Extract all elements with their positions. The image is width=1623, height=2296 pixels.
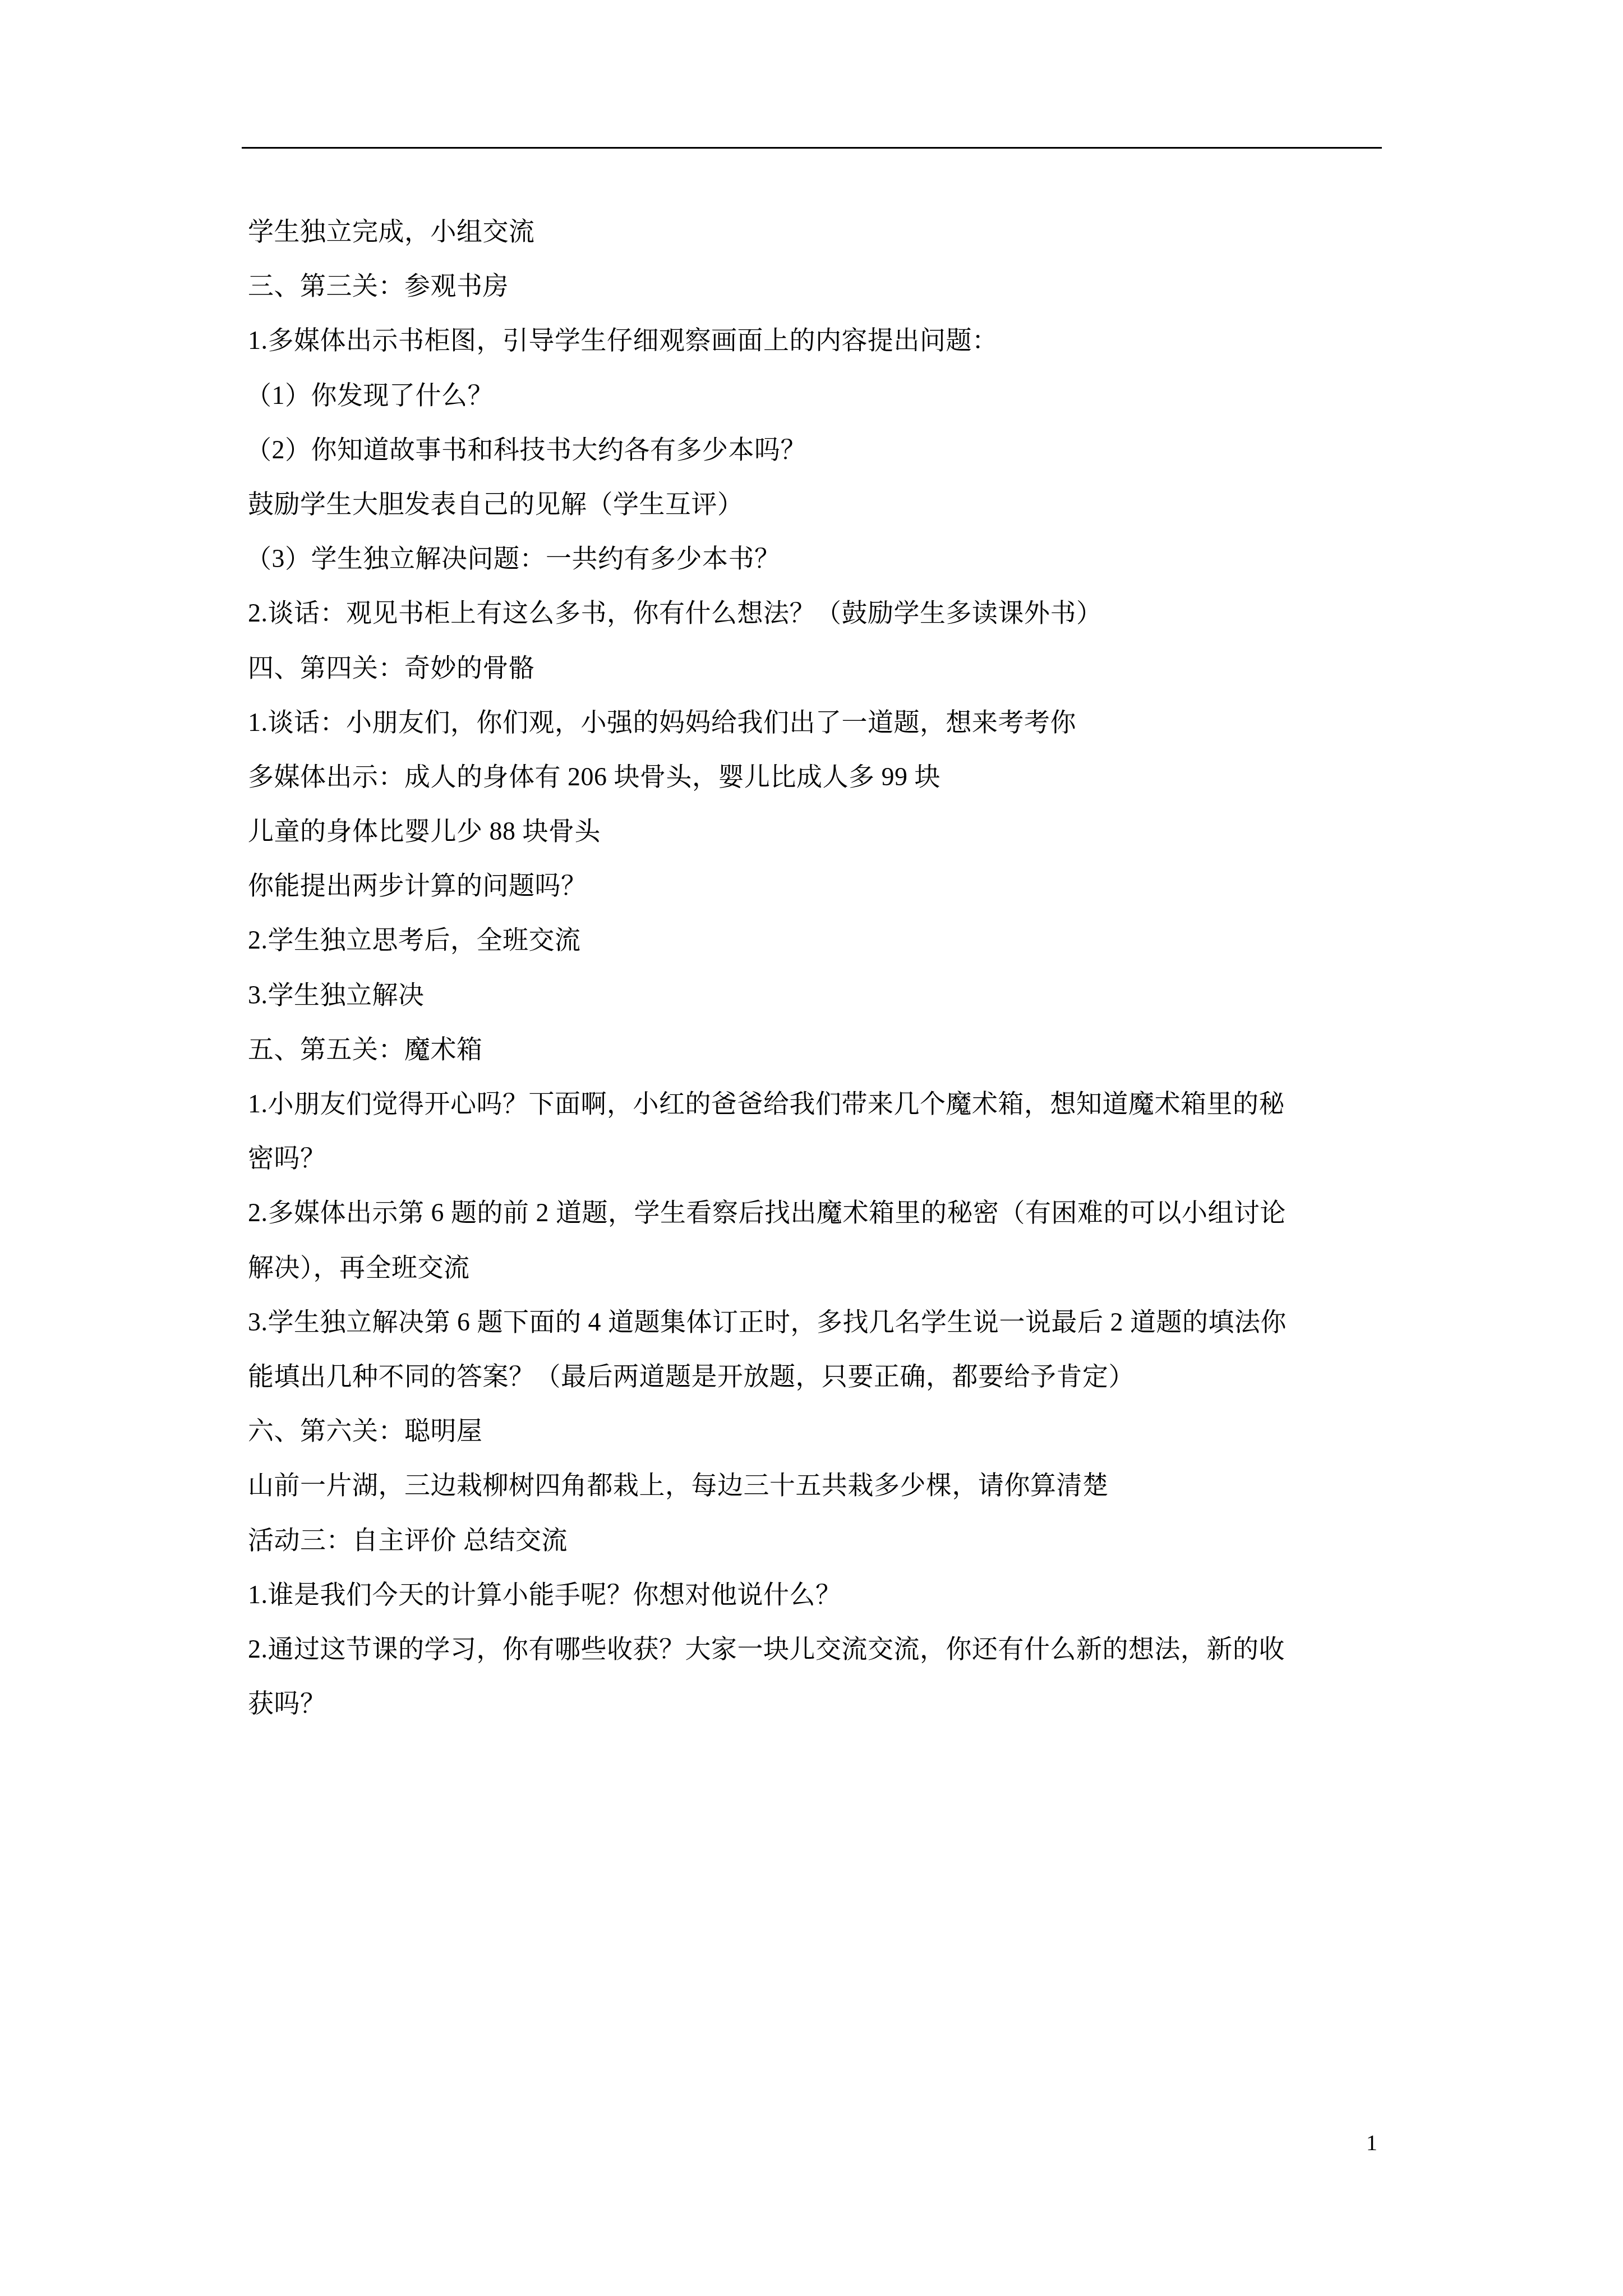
text-line: 你能提出两步计算的问题吗？ bbox=[248, 858, 1392, 913]
header-rule bbox=[242, 147, 1382, 149]
text-line: 3.学生独立解决 bbox=[248, 968, 1392, 1022]
text-line: （1）你发现了什么？ bbox=[246, 368, 1392, 422]
text-line: 能填出几种不同的答案？（最后两道题是开放题，只要正确，都要给予肯定） bbox=[248, 1349, 1392, 1404]
section-heading-stage-6: 六、第六关：聪明屋 bbox=[248, 1404, 1392, 1458]
page-number: 1 bbox=[1366, 2132, 1377, 2154]
text-line: 儿童的身体比婴儿少 88 块骨头 bbox=[248, 804, 1392, 858]
section-heading-activity-3: 活动三：自主评价 总结交流 bbox=[248, 1513, 1392, 1567]
section-heading-stage-4: 四、第四关：奇妙的骨骼 bbox=[248, 641, 1392, 695]
text-line: （2）你知道故事书和科技书大约各有多少本吗？ bbox=[246, 422, 1392, 477]
text-line: 2.多媒体出示第 6 题的前 2 道题，学生看察后找出魔术箱里的秘密（有困难的可… bbox=[248, 1185, 1392, 1240]
text-line: 鼓励学生大胆发表自己的见解（学生互评） bbox=[248, 477, 1392, 531]
section-heading-stage-5: 五、第五关：魔术箱 bbox=[248, 1022, 1392, 1076]
text-line: 1.多媒体出示书柜图，引导学生仔细观察画面上的内容提出问题： bbox=[248, 313, 1392, 367]
text-line: （3）学生独立解决问题：一共约有多少本书？ bbox=[246, 531, 1392, 586]
text-line: 1.谈话：小朋友们，你们观，小强的妈妈给我们出了一道题，想来考考你 bbox=[248, 695, 1392, 749]
text-line: 密吗？ bbox=[248, 1131, 1392, 1185]
text-line: 2.谈话：观见书柜上有这么多书，你有什么想法？（鼓励学生多读课外书） bbox=[248, 586, 1392, 640]
text-line: 3.学生独立解决第 6 题下面的 4 道题集体订正时，多找几名学生说一说最后 2… bbox=[248, 1295, 1392, 1349]
text-line: 解决），再全班交流 bbox=[248, 1240, 1392, 1295]
text-line: 1.谁是我们今天的计算小能手呢？你想对他说什么？ bbox=[248, 1567, 1392, 1622]
text-line: 多媒体出示：成人的身体有 206 块骨头，婴儿比成人多 99 块 bbox=[248, 749, 1392, 804]
text-line: 山前一片湖，三边栽柳树四角都栽上，每边三十五共栽多少棵，请你算清楚 bbox=[248, 1458, 1392, 1512]
text-line: 2.通过这节课的学习，你有哪些收获？大家一块儿交流交流，你还有什么新的想法，新的… bbox=[248, 1622, 1392, 1676]
document-body: 学生独立完成，小组交流 三、第三关：参观书房 1.多媒体出示书柜图，引导学生仔细… bbox=[248, 204, 1392, 1731]
document-page: 学生独立完成，小组交流 三、第三关：参观书房 1.多媒体出示书柜图，引导学生仔细… bbox=[0, 0, 1623, 2296]
text-line: 2.学生独立思考后，全班交流 bbox=[248, 913, 1392, 967]
text-line: 学生独立完成，小组交流 bbox=[248, 204, 1392, 259]
text-line: 获吗？ bbox=[248, 1676, 1392, 1731]
section-heading-stage-3: 三、第三关：参观书房 bbox=[248, 259, 1392, 313]
text-line: 1.小朋友们觉得开心吗？下面啊，小红的爸爸给我们带来几个魔术箱，想知道魔术箱里的… bbox=[248, 1076, 1392, 1131]
